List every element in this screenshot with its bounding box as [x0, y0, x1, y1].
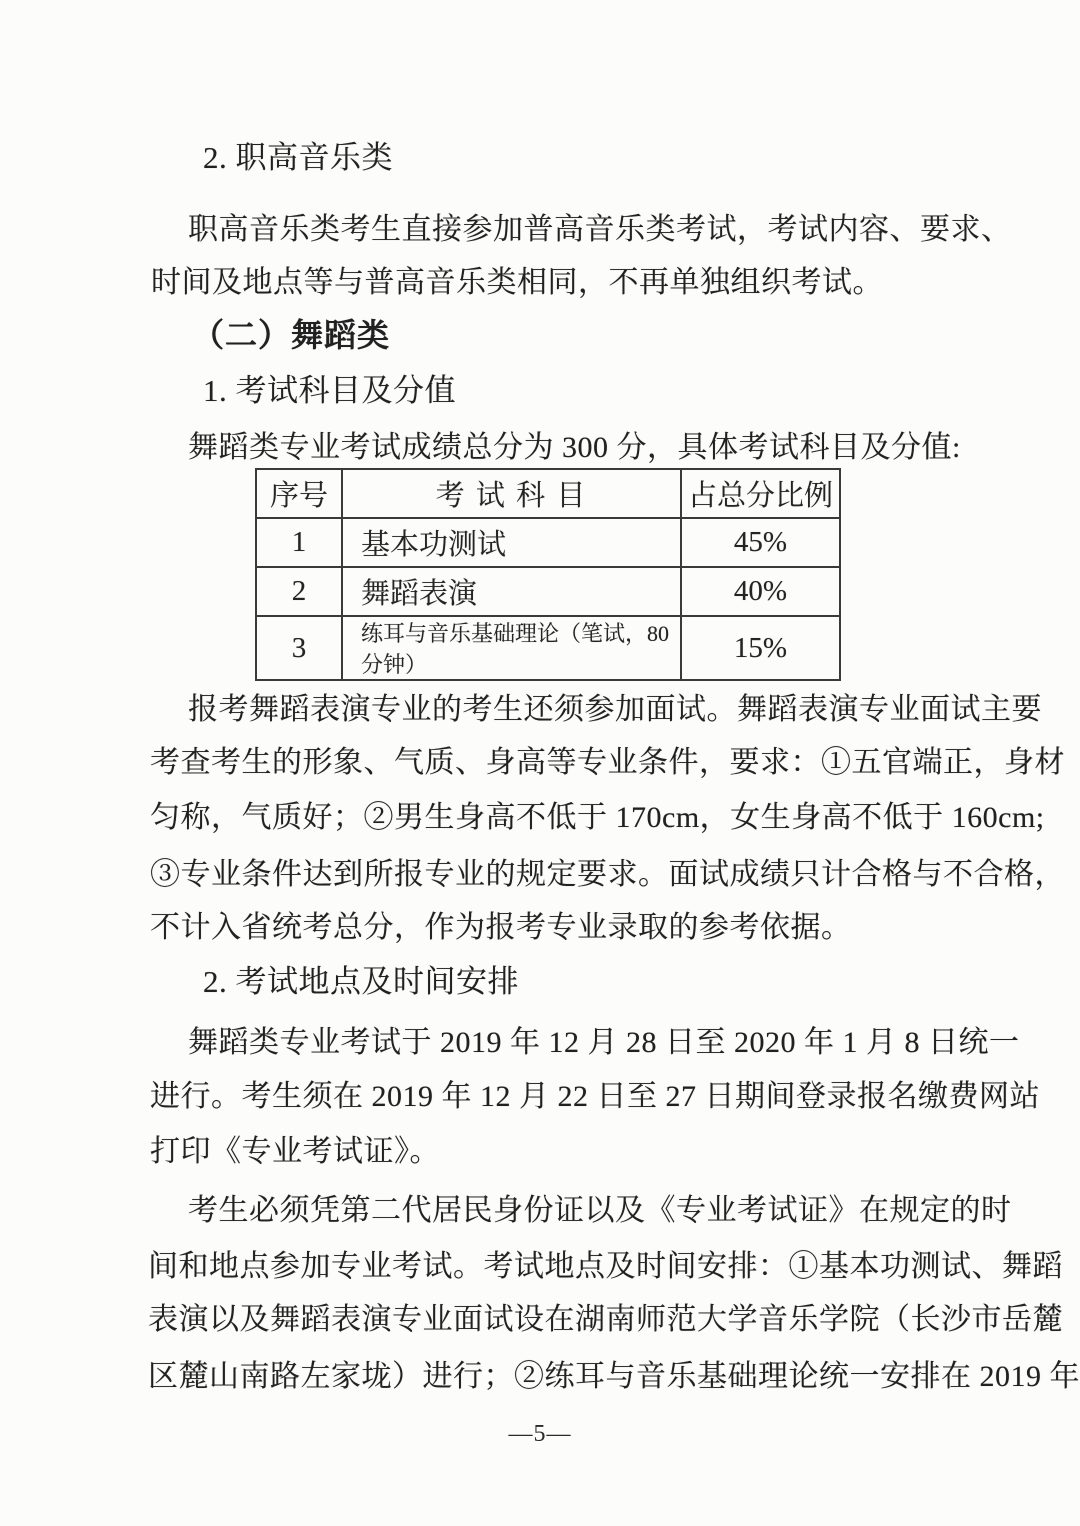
paragraph-line: 时间及地点等与普高音乐类相同，不再单独组织考试。: [151, 263, 883, 303]
paragraph-line: 区麓山南路左家垅）进行；②练耳与音乐基础理论统一安排在 2019 年: [148, 1357, 1080, 1397]
table-row: 2 舞蹈表演 40%: [256, 567, 840, 616]
paragraph-line: 考查考生的形象、气质、身高等专业条件，要求：①五官端正，身材: [150, 743, 1065, 783]
heading-exam-schedule: 2. 考试地点及时间安排: [203, 962, 519, 1002]
table-cell-seq: 3: [256, 616, 342, 680]
section-heading-dance: （二）舞蹈类: [192, 315, 390, 355]
table-cell-seq: 2: [256, 567, 342, 616]
paragraph-line: 表演以及舞蹈表演专业面试设在湖南师范大学音乐学院（长沙市岳麓: [148, 1300, 1063, 1340]
paragraph-line: 舞蹈类专业考试于 2019 年 12 月 28 日至 2020 年 1 月 8 …: [188, 1023, 1020, 1063]
paragraph-line: 舞蹈类专业考试成绩总分为 300 分，具体考试科目及分值:: [188, 428, 961, 468]
table-cell-subject: 舞蹈表演: [342, 567, 681, 616]
table-cell-subject: 练耳与音乐基础理论（笔试，80分钟）: [342, 616, 681, 680]
table-header-subject: 考 试 科 目: [342, 469, 681, 518]
paragraph-line: 考生必须凭第二代居民身份证以及《专业考试证》在规定的时: [188, 1191, 1012, 1231]
table-row: 1 基本功测试 45%: [256, 518, 840, 567]
heading-vocational-music: 2. 职高音乐类: [203, 138, 393, 178]
paragraph-line: 职高音乐类考生直接参加普高音乐类考试，考试内容、要求、: [188, 210, 1012, 250]
paragraph-line: 不计入省统考总分，作为报考专业录取的参考依据。: [150, 908, 852, 948]
paragraph-line: 报考舞蹈表演专业的考生还须参加面试。舞蹈表演专业面试主要: [188, 690, 1042, 730]
page-number: —5—: [0, 1421, 1080, 1448]
heading-exam-subjects: 1. 考试科目及分值: [203, 371, 456, 411]
paragraph-line: 进行。考生须在 2019 年 12 月 22 日至 27 日期间登录报名缴费网站: [150, 1077, 1040, 1117]
paragraph-line: 打印《专业考试证》。: [150, 1132, 440, 1172]
paragraph-line: 间和地点参加专业考试。考试地点及时间安排：①基本功测试、舞蹈: [148, 1247, 1063, 1287]
table-header-row: 序号 考 试 科 目 占总分比例: [256, 469, 840, 518]
table-cell-ratio: 45%: [681, 518, 840, 567]
table-cell-ratio: 40%: [681, 567, 840, 616]
table-cell-subject: 基本功测试: [342, 518, 681, 567]
paragraph-line: 匀称，气质好；②男生身高不低于 170cm，女生身高不低于 160cm;: [150, 798, 1045, 838]
table-row: 3 练耳与音乐基础理论（笔试，80分钟） 15%: [256, 616, 840, 680]
table-header-seq: 序号: [256, 469, 342, 518]
table-header-ratio: 占总分比例: [681, 469, 840, 518]
table-cell-ratio: 15%: [681, 616, 840, 680]
document-page: 2. 职高音乐类 职高音乐类考生直接参加普高音乐类考试，考试内容、要求、 时间及…: [0, 0, 1080, 1526]
paragraph-line: ③专业条件达到所报专业的规定要求。面试成绩只计合格与不合格，: [150, 855, 1065, 895]
exam-subjects-table: 序号 考 试 科 目 占总分比例 1 基本功测试 45% 2 舞蹈表演 40% …: [255, 468, 841, 681]
table-cell-seq: 1: [256, 518, 342, 567]
